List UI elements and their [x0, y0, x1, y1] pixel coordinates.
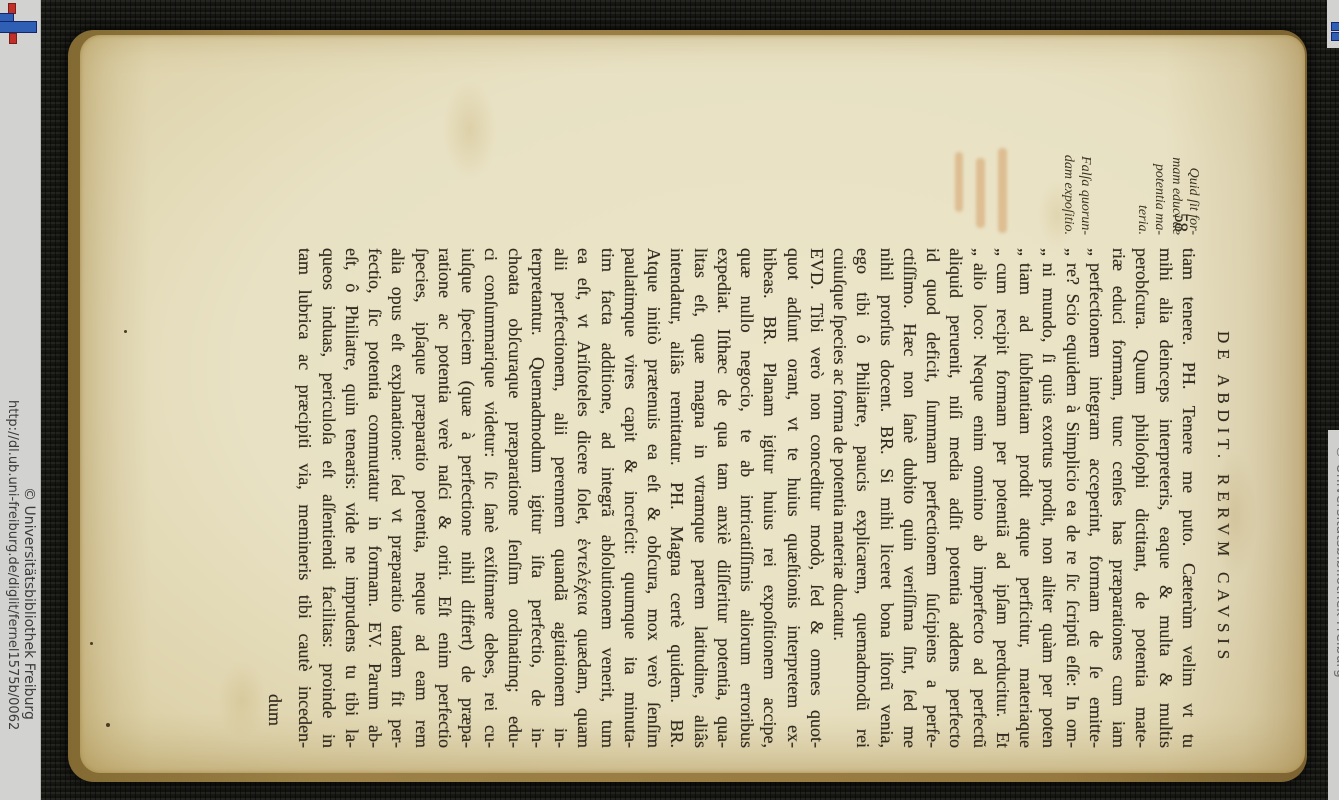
right-watermark-strip-bottom: © Universitätsbibliothek Freiburg — [1328, 430, 1339, 800]
watermark-copyright: © Universitätsbibliothek Freiburg — [21, 487, 37, 720]
quote-mark: „ — [1016, 248, 1036, 256]
quote-mark: „ — [1086, 248, 1106, 256]
quote-mark: „ — [993, 248, 1013, 256]
margin-note-line: potentia ma- — [1151, 90, 1168, 235]
text-line: ci conſummarique videtur: ſic ſanè exiſt… — [479, 248, 502, 748]
text-line: ſpecies, ipſaque præparatio potentia, ne… — [410, 248, 433, 748]
ink-showthrough-1 — [998, 148, 1007, 233]
margin-note-line: Falſa quorun- — [1077, 90, 1094, 235]
text-line: ego tibi ô Philiatre, paucis explicarem,… — [851, 248, 874, 748]
text-line: terpretantur. Quemadmodum igitur iſta pe… — [526, 248, 549, 748]
text-line: tam lubrica ac præcipiti via, memineris … — [293, 248, 316, 748]
watermark-copyright-right: © Universitätsbibliothek Freiburg — [1333, 445, 1339, 678]
text-line: Atque initiò prætenuis ea eſt & obſcura,… — [642, 248, 665, 748]
text-line: aliquid peruenit, niſi media adſit poten… — [944, 248, 967, 748]
catchword: dum — [264, 248, 285, 726]
text-line: eſt, ô Philiatre, quin tenearis: vide ne… — [340, 248, 363, 748]
running-head: DE ABDIT. RERVM CAVSIS — [1213, 248, 1233, 748]
text-line: intendatur, aliâs remittatur. PH. Magna … — [665, 248, 688, 748]
foxing-spot-4 — [217, 660, 267, 740]
text-line: „alio loco: Neque enim omnino ab imperfe… — [968, 248, 991, 748]
left-watermark-strip: http://dl.ub.uni-freiburg.de/diglit/fern… — [0, 0, 41, 800]
quote-mark: „ — [970, 248, 990, 256]
text-line: iuſque ſpeciem (quæ à perfectione nihil … — [456, 248, 479, 748]
text-line: nihil prorſus docent. BR. Si mihi licere… — [875, 248, 898, 748]
margin-note-1: Quid ſit for-mam educi depotentia ma-ter… — [1134, 90, 1202, 235]
text-line: alia opus eſt explanatione: ſed vt præpa… — [386, 248, 409, 748]
paper-fleck-1 — [106, 723, 110, 727]
text-line: ratione ac potentia verè naſci & oriri. … — [433, 248, 456, 748]
scan-viewer: { "colors":{ "paper":"#e9e2c4","ink":"#3… — [0, 0, 1339, 800]
page-content: DE ABDIT. RERVM CAVSIS 58 Quid ſit for-m… — [68, 30, 1307, 782]
text-line: hibeas. BR. Planam igitur huius rei expo… — [758, 248, 781, 748]
margin-note-line: teria. — [1134, 90, 1151, 235]
text-line: id quod deficit, ſummam perfectionem ſuſ… — [921, 248, 944, 748]
text-line: paulatimque vires capit & increſcit: quu… — [619, 248, 642, 748]
text-line: expediat. Iſthæc de qua tam anxiè diſſer… — [712, 248, 735, 748]
right-blue-icon-1 — [1331, 22, 1339, 31]
quote-mark: „ — [1063, 248, 1083, 256]
margin-note-line: Quid ſit for- — [1185, 90, 1202, 235]
text-line: „perfectionem integram acceperint, forma… — [1084, 248, 1107, 748]
margin-note-line: dam expoſitio. — [1060, 90, 1077, 235]
text-line: „tiam ad ſubſtantiam prodit atque perfic… — [1014, 248, 1037, 748]
text-line: „ni mundo, ſi quis exortus prodit, non a… — [1037, 248, 1060, 748]
paper-fleck-3 — [124, 330, 127, 333]
text-line: ea eſt, vt Ariſtoteles dicere ſolet, ἐντ… — [572, 248, 595, 748]
rotated-page: DE ABDIT. RERVM CAVSIS 58 Quid ſit for-m… — [68, 30, 1307, 782]
text-line: litas eſt, quæ magna in vtramque partem … — [689, 248, 712, 748]
ink-showthrough-3 — [955, 152, 963, 212]
paper-fleck-2 — [90, 642, 93, 645]
margin-note-2: Falſa quorun-dam expoſitio. — [1060, 90, 1094, 235]
text-line: tim facta additione, ad integrã abſoluti… — [596, 248, 619, 748]
text-line: mihi alia deinceps interpreteris, eaque … — [1154, 248, 1177, 748]
watermark-url: http://dl.ub.uni-freiburg.de/diglit/fern… — [5, 400, 20, 730]
text-line: EVD. Tibi verò non conceditur modò, ſed … — [805, 248, 828, 748]
text-line: ctiſſimo. Hæc non ſanè dubito quin veriſ… — [898, 248, 921, 748]
text-line: „cum recipit formam per potentiã ad ipſa… — [991, 248, 1014, 748]
text-line: quæ nullo negocio, te ab intricatiſſimis… — [735, 248, 758, 748]
scan-area: DE ABDIT. RERVM CAVSIS 58 Quid ſit for-m… — [68, 30, 1307, 782]
right-blue-icon-2 — [1331, 32, 1339, 41]
text-line: cuiuſque ſpecies ac forma de potentia ma… — [828, 248, 851, 748]
text-line: fectio, ſic potentia commutatur in forma… — [363, 248, 386, 748]
text-line: „re? Scio equidem à Simplicio ea de re ſ… — [1061, 248, 1084, 748]
text-block: tiam tenere. PH. Tenere me puto. Cæterùm… — [293, 248, 1200, 748]
margin-note-line: mam educi de — [1168, 90, 1185, 235]
text-line: quot adſunt orant, vt te huius quæſtioni… — [782, 248, 805, 748]
logo-blue-bar-long — [0, 21, 37, 33]
text-line: tiam tenere. PH. Tenere me puto. Cæterùm… — [1177, 248, 1200, 748]
foxing-spot-1 — [442, 80, 497, 180]
logo-red-square-bottom — [9, 33, 17, 44]
text-line: choata obſcuraque præparatione ſenſim or… — [503, 248, 526, 748]
text-line: queos induas, periculoſa eſt aſſentiendi… — [317, 248, 340, 748]
right-watermark-strip-top — [1327, 0, 1339, 48]
quote-mark: „ — [1040, 248, 1060, 256]
text-line: alii perfectionem, alii perennem quandã … — [549, 248, 572, 748]
text-line: perobſcura. Quum philoſophi dictitant, d… — [1130, 248, 1153, 748]
ink-showthrough-2 — [976, 158, 985, 228]
text-line: riæ educi formam, tunc cenſes has præpar… — [1107, 248, 1130, 748]
